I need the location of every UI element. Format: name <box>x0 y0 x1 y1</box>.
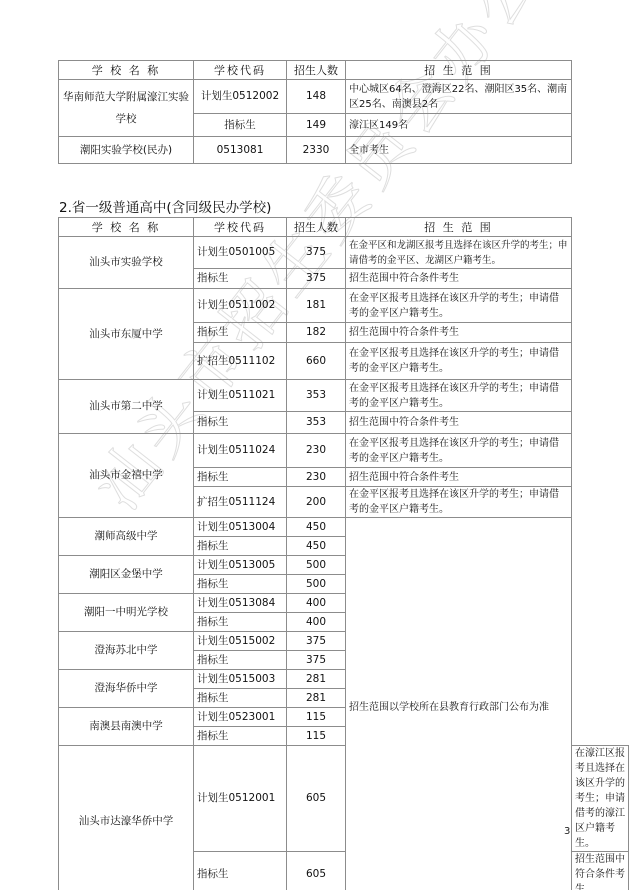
table-row: 潮阳实验学校(民办) 0513081 2330 全市考生 <box>59 137 572 164</box>
school-name: 潮师高级中学 <box>59 518 194 556</box>
table-row: 汕头市金禧中学 计划生0511024 230 在金平区报考且选择在该区升学的考生… <box>59 434 629 468</box>
page-number: 3 <box>564 826 570 837</box>
school-name: 潮阳一中明光学校 <box>59 594 194 632</box>
table-header-row: 学 校 名 称 学校代码 招生人数 招 生 范 围 <box>59 61 572 80</box>
school-name: 汕头市实验学校 <box>59 237 194 289</box>
section-title: 2.省一级普通高中(含同级民办学校) <box>59 196 271 216</box>
school-code: 计划生0515002 <box>194 632 287 651</box>
school-code: 指标生 <box>194 613 287 632</box>
school-code: 计划生0513084 <box>194 594 287 613</box>
school-code: 指标生 <box>194 651 287 670</box>
enroll-count: 181 <box>287 289 346 323</box>
table-row: 汕头市第二中学 计划生0511021 353 在金平区报考且选择在该区升学的考生… <box>59 380 629 412</box>
school-code: 指标生 <box>194 537 287 556</box>
school-name: 汕头市东厦中学 <box>59 289 194 380</box>
table-row: 华南师范大学附属濠江实验学校 计划生0512002 148 中心城区64名、澄海… <box>59 80 572 114</box>
enroll-count: 230 <box>287 434 346 468</box>
enroll-scope: 全市考生 <box>346 137 572 164</box>
header-enroll-count: 招生人数 <box>287 218 346 237</box>
school-code: 计划生0523001 <box>194 708 287 727</box>
enroll-scope: 在金平区报考且选择在该区升学的考生；申请借考的金平区户籍考生。 <box>346 289 572 323</box>
admission-table-2: 学 校 名 称 学校代码 招生人数 招 生 范 围 汕头市实验学校 计划生050… <box>58 217 629 890</box>
enroll-count: 375 <box>287 237 346 269</box>
enroll-scope: 在濠江区报考且选择在该区升学的考生；申请借考的濠江区户籍考生。 <box>572 746 629 852</box>
enroll-count: 375 <box>287 632 346 651</box>
enroll-scope: 濠江区149名 <box>346 114 572 137</box>
school-code: 计划生0501005 <box>194 237 287 269</box>
school-code: 0513081 <box>194 137 287 164</box>
header-enroll-scope: 招 生 范 围 <box>346 218 572 237</box>
enroll-scope: 在金平区和龙湖区报考且选择在该区升学的考生；申请借考的金平区、龙湖区户籍考生。 <box>346 237 572 269</box>
school-name: 潮阳区金堡中学 <box>59 556 194 594</box>
enroll-scope: 招生范围中符合条件考生 <box>346 269 572 289</box>
enroll-count: 115 <box>287 727 346 746</box>
school-code: 指标生 <box>194 852 287 890</box>
enroll-count: 148 <box>287 80 346 114</box>
enroll-count: 230 <box>287 468 346 487</box>
enroll-count: 149 <box>287 114 346 137</box>
school-code: 计划生0511021 <box>194 380 287 412</box>
header-school-name: 学 校 名 称 <box>59 218 194 237</box>
school-name: 汕头市达濠华侨中学 <box>59 746 194 890</box>
header-enroll-scope: 招 生 范 围 <box>346 61 572 80</box>
enroll-count: 500 <box>287 556 346 575</box>
school-code: 指标生 <box>194 323 287 343</box>
school-code: 指标生 <box>194 114 287 137</box>
enroll-count: 605 <box>287 746 346 852</box>
enroll-count: 115 <box>287 708 346 727</box>
enroll-scope: 在金平区报考且选择在该区升学的考生；申请借考的金平区户籍考生。 <box>346 380 572 412</box>
school-name: 潮阳实验学校(民办) <box>59 137 194 164</box>
admission-table-1: 学 校 名 称 学校代码 招生人数 招 生 范 围 华南师范大学附属濠江实验学校… <box>58 60 572 164</box>
school-code: 计划生0511024 <box>194 434 287 468</box>
enroll-scope: 招生范围中符合条件考生 <box>346 323 572 343</box>
enroll-count: 450 <box>287 518 346 537</box>
enroll-count: 375 <box>287 269 346 289</box>
enroll-count: 353 <box>287 380 346 412</box>
school-name: 澄海苏北中学 <box>59 632 194 670</box>
school-name: 汕头市金禧中学 <box>59 434 194 518</box>
enroll-scope: 在金平区报考且选择在该区升学的考生；申请借考的金平区户籍考生。 <box>346 343 572 380</box>
school-code: 计划生0512001 <box>194 746 287 852</box>
enroll-count: 400 <box>287 594 346 613</box>
school-name: 南澳县南澳中学 <box>59 708 194 746</box>
enroll-scope: 招生范围中符合条件考生 <box>346 412 572 434</box>
header-school-code: 学校代码 <box>194 218 287 237</box>
school-name: 澄海华侨中学 <box>59 670 194 708</box>
table-row: 汕头市实验学校 计划生0501005 375 在金平区和龙湖区报考且选择在该区升… <box>59 237 629 269</box>
enroll-scope: 在金平区报考且选择在该区升学的考生；申请借考的金平区户籍考生。 <box>346 434 572 468</box>
enroll-count: 353 <box>287 412 346 434</box>
table-row: 汕头市东厦中学 计划生0511002 181 在金平区报考且选择在该区升学的考生… <box>59 289 629 323</box>
school-name: 汕头市第二中学 <box>59 380 194 434</box>
enroll-count: 500 <box>287 575 346 594</box>
enroll-count: 182 <box>287 323 346 343</box>
enroll-count: 200 <box>287 487 346 518</box>
school-code: 指标生 <box>194 727 287 746</box>
school-code: 指标生 <box>194 689 287 708</box>
school-code: 指标生 <box>194 575 287 594</box>
header-school-code: 学校代码 <box>194 61 287 80</box>
enroll-count: 660 <box>287 343 346 380</box>
header-enroll-count: 招生人数 <box>287 61 346 80</box>
school-code: 计划生0511002 <box>194 289 287 323</box>
school-code: 指标生 <box>194 269 287 289</box>
school-code: 指标生 <box>194 412 287 434</box>
school-code: 指标生 <box>194 468 287 487</box>
enroll-scope: 招生范围中符合条件考生 <box>346 468 572 487</box>
school-code: 扩招生0511102 <box>194 343 287 380</box>
table-header-row: 学 校 名 称 学校代码 招生人数 招 生 范 围 <box>59 218 629 237</box>
school-code: 计划生0513004 <box>194 518 287 537</box>
table-row: 潮师高级中学 计划生0513004 450 招生范围以学校所在县教育行政部门公布… <box>59 518 629 537</box>
enroll-count: 400 <box>287 613 346 632</box>
school-name: 华南师范大学附属濠江实验学校 <box>59 80 194 137</box>
school-code: 扩招生0511124 <box>194 487 287 518</box>
enroll-count: 375 <box>287 651 346 670</box>
enroll-scope: 招生范围中符合条件考生 <box>572 852 629 890</box>
enroll-count: 281 <box>287 670 346 689</box>
school-code: 计划生0512002 <box>194 80 287 114</box>
school-code: 计划生0513005 <box>194 556 287 575</box>
enroll-scope-shared: 招生范围以学校所在县教育行政部门公布为准 <box>346 518 572 890</box>
enroll-count: 2330 <box>287 137 346 164</box>
school-code: 计划生0515003 <box>194 670 287 689</box>
header-school-name: 学 校 名 称 <box>59 61 194 80</box>
enroll-scope: 在金平区报考且选择在该区升学的考生；申请借考的金平区户籍考生。 <box>346 487 572 518</box>
enroll-scope: 中心城区64名、澄海区22名、潮阳区35名、潮南区25名、南澳县2名 <box>346 80 572 114</box>
enroll-count: 450 <box>287 537 346 556</box>
enroll-count: 605 <box>287 852 346 890</box>
enroll-count: 281 <box>287 689 346 708</box>
